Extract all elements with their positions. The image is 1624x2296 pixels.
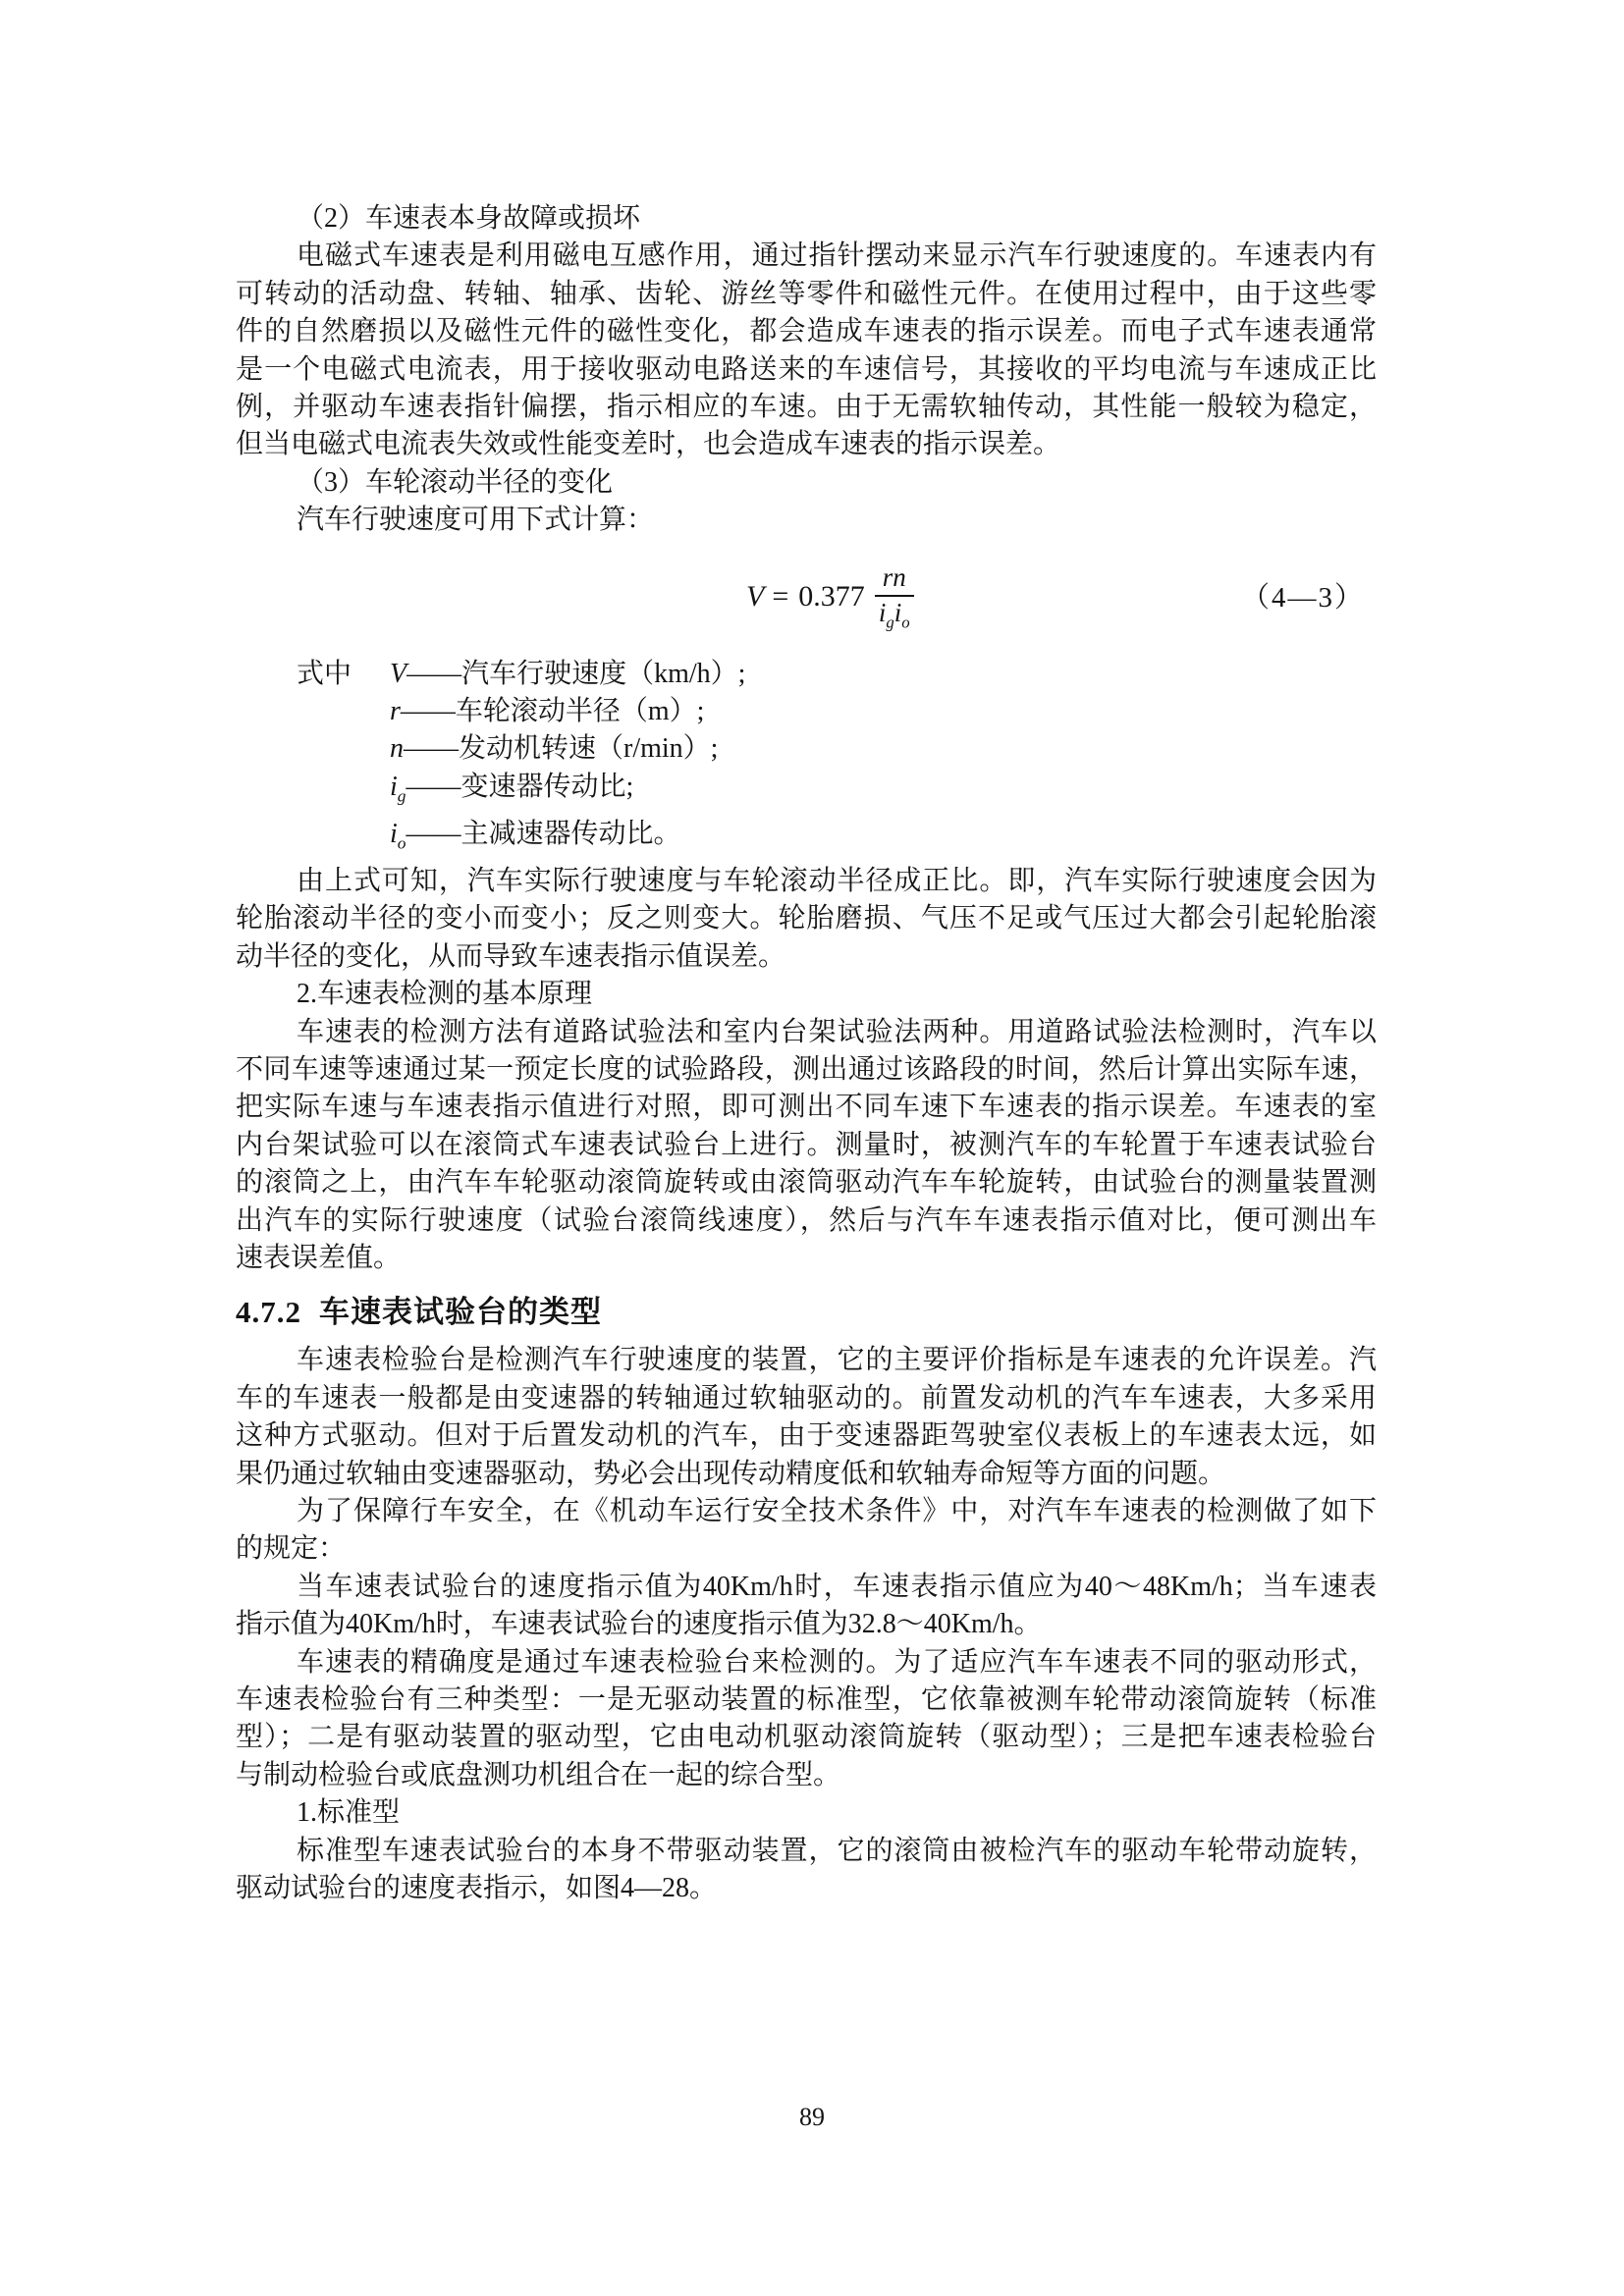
symbol-description: ——主减速器传动比。 bbox=[406, 819, 680, 849]
section-title: 车速表试验台的类型 bbox=[319, 1295, 602, 1329]
equation-coefficient: 0.377 bbox=[798, 578, 865, 615]
paragraph: 车速表的精确度是通过车速表检验台来检测的。为了适应汽车车速表不同的驱动形式， 车… bbox=[236, 1644, 1377, 1795]
document-page: （2）车速表本身故障或损坏 电磁式车速表是利用磁电互感作用，通过指针摆动来显示汽… bbox=[0, 0, 1624, 2296]
text-line: 出汽车的实际行驶速度（试验台滚筒线速度），然后与汽车车速表指示值对比，便可测出车 bbox=[236, 1202, 1377, 1240]
text-line: 车速表检验台有三种类型：一是无驱动装置的标准型，它依靠被测车轮带动滚筒旋转（标准 bbox=[236, 1682, 1377, 1719]
text-line: 但当电磁式电流表失效或性能变差时，也会造成车速表的指示误差。 bbox=[236, 426, 1377, 463]
text-line: 果仍通过软轴由变速器驱动，势必会出现传动精度低和软轴寿命短等方面的问题。 bbox=[236, 1456, 1377, 1493]
text-line: 当车速表试验台的速度指示值为40Km/h时，车速表指示值应为40～48Km/h；… bbox=[236, 1569, 1377, 1606]
text-line: 为了保障行车安全，在《机动车运行安全技术条件》中，对汽车车速表的检测做了如下 bbox=[236, 1493, 1377, 1530]
denominator-subscript: g bbox=[886, 613, 893, 631]
text-line: 这种方式驱动。但对于后置发动机的汽车，由于变速器距驾驶室仪表板上的车速表太远，如 bbox=[236, 1417, 1377, 1455]
paragraph: 标准型车速表试验台的本身不带驱动装置，它的滚筒由被检汽车的驱动车轮带动旋转， 驱… bbox=[236, 1833, 1377, 1908]
paragraph: 车速表检验台是检测汽车行驶速度的装置，它的主要评价指标是车速表的允许误差。汽 车… bbox=[236, 1342, 1377, 1493]
text-line: 标准型车速表试验台的本身不带驱动装置，它的滚筒由被检汽车的驱动车轮带动旋转， bbox=[236, 1833, 1377, 1870]
paragraph: 电磁式车速表是利用磁电互感作用，通过指针摆动来显示汽车行驶速度的。车速表内有 可… bbox=[236, 238, 1377, 463]
subheading-line: （3）车轮滚动半径的变化 bbox=[236, 464, 1377, 502]
paragraph: 当车速表试验台的速度指示值为40Km/h时，车速表指示值应为40～48Km/h；… bbox=[236, 1569, 1377, 1644]
symbol-definitions: 式中V——汽车行驶速度（km/h）; r——车轮滚动半径（m）; n——发动机转… bbox=[236, 656, 1377, 863]
text-line: 件的自然磨损以及磁性元件的磁性变化，都会造成车速表的指示误差。而电子式车速表通常 bbox=[236, 313, 1377, 350]
section-number: 4.7.2 bbox=[236, 1295, 301, 1329]
text-line: 车速表的检测方法有道路试验法和室内台架试验法两种。用道路试验法检测时，汽车以 bbox=[236, 1014, 1377, 1051]
text-line: 车速表的精确度是通过车速表检验台来检测的。为了适应汽车车速表不同的驱动形式， bbox=[236, 1644, 1377, 1682]
text-line: 动半径的变化，从而导致车速表指示值误差。 bbox=[236, 938, 1377, 976]
text-line: 电磁式车速表是利用磁电互感作用，通过指针摆动来显示汽车行驶速度的。车速表内有 bbox=[236, 238, 1377, 275]
equation-number: （4—3） bbox=[1241, 578, 1365, 615]
page-number: 89 bbox=[0, 2103, 1624, 2132]
definition-line: ig——变速器传动比; bbox=[236, 769, 1377, 816]
definitions-label: 式中 bbox=[297, 656, 390, 693]
document-body: （2）车速表本身故障或损坏 电磁式车速表是利用磁电互感作用，通过指针摆动来显示汽… bbox=[236, 200, 1377, 1907]
definition-line: io——主减速器传动比。 bbox=[236, 816, 1377, 863]
symbol-term: r bbox=[390, 696, 401, 726]
symbol-description: ——汽车行驶速度（km/h）; bbox=[406, 659, 745, 689]
equation: V = 0.377 rn igio bbox=[746, 563, 914, 631]
text-line: 的规定： bbox=[236, 1530, 1377, 1568]
text-line: 不同车速等速通过某一预定长度的试验路段，测出通过该路段的时间，然后计算出实际车速… bbox=[236, 1051, 1377, 1089]
paragraph: 车速表的检测方法有道路试验法和室内台架试验法两种。用道路试验法检测时，汽车以 不… bbox=[236, 1014, 1377, 1278]
subheading-line: 2.车速表检测的基本原理 bbox=[236, 976, 1377, 1013]
equation-lhs: V bbox=[746, 578, 764, 615]
text-line: 的滚筒之上，由汽车车轮驱动滚筒旋转或由滚筒驱动汽车车轮旋转，由试验台的测量装置测 bbox=[236, 1164, 1377, 1201]
definition-line: n——发动机转速（r/min）; bbox=[236, 730, 1377, 768]
subheading-line: 1.标准型 bbox=[236, 1794, 1377, 1832]
text-line: 汽车行驶速度可用下式计算： bbox=[236, 502, 1377, 539]
paragraph: 为了保障行车安全，在《机动车运行安全技术条件》中，对汽车车速表的检测做了如下 的… bbox=[236, 1493, 1377, 1569]
paragraph: 由上式可知，汽车实际行驶速度与车轮滚动半径成正比。即，汽车实际行驶速度会因为 轮… bbox=[236, 863, 1377, 976]
definition-line: 式中V——汽车行驶速度（km/h）; bbox=[236, 656, 1377, 693]
section-heading: 4.7.2车速表试验台的类型 bbox=[236, 1291, 1377, 1334]
symbol-term: V bbox=[390, 659, 406, 689]
text-line: 轮胎滚动半径的变小而变小；反之则变大。轮胎磨损、气压不足或气压过大都会引起轮胎滚 bbox=[236, 900, 1377, 937]
fraction-numerator: rn bbox=[875, 563, 914, 597]
symbol-description: ——发动机转速（r/min）; bbox=[404, 733, 718, 764]
text-line: 例，并驱动车速表指针偏摆，指示相应的车速。由于无需软轴传动，其性能一般较为稳定， bbox=[236, 389, 1377, 426]
text-line: 可转动的活动盘、转轴、轴承、齿轮、游丝等零件和磁性元件。在使用过程中，由于这些零 bbox=[236, 276, 1377, 313]
text-line: 速表误差值。 bbox=[236, 1240, 1377, 1277]
text-line: 车的车速表一般都是由变速器的转轴通过软轴驱动的。前置发动机的汽车车速表，大多采用 bbox=[236, 1380, 1377, 1417]
text-line: 驱动试验台的速度表指示，如图4—28。 bbox=[236, 1870, 1377, 1907]
symbol-description: ——车轮滚动半径（m）; bbox=[401, 696, 705, 726]
definition-line: r——车轮滚动半径（m）; bbox=[236, 693, 1377, 730]
text-line: 与制动检验台或底盘测功机组合在一起的综合型。 bbox=[236, 1757, 1377, 1794]
equation-row: V = 0.377 rn igio （4—3） bbox=[236, 540, 1377, 656]
text-line: 车速表检验台是检测汽车行驶速度的装置，它的主要评价指标是车速表的允许误差。汽 bbox=[236, 1342, 1377, 1379]
symbol-term: i bbox=[390, 819, 398, 849]
symbol-term: i bbox=[390, 772, 398, 802]
equation-fraction: rn igio bbox=[875, 563, 914, 631]
equation-relation: = bbox=[772, 578, 788, 615]
text-line: 内台架试验可以在滚筒式车速表试验台上进行。测量时，被测汽车的车轮置于车速表试验台 bbox=[236, 1127, 1377, 1164]
text-line: 由上式可知，汽车实际行驶速度与车轮滚动半径成正比。即，汽车实际行驶速度会因为 bbox=[236, 863, 1377, 900]
subheading-line: （2）车速表本身故障或损坏 bbox=[236, 200, 1377, 238]
symbol-description: ——变速器传动比; bbox=[406, 772, 633, 802]
text-line: 指示值为40Km/h时，车速表试验台的速度指示值为32.8～40Km/h。 bbox=[236, 1606, 1377, 1643]
fraction-denominator: igio bbox=[875, 597, 914, 632]
text-line: 把实际车速与车速表指示值进行对照，即可测出不同车速下车速表的指示误差。车速表的室 bbox=[236, 1089, 1377, 1126]
symbol-term: n bbox=[390, 733, 404, 764]
text-line: 是一个电磁式电流表，用于接收驱动电路送来的车速信号，其接收的平均电流与车速成正比 bbox=[236, 351, 1377, 389]
text-line: 型）；二是有驱动装置的驱动型，它由电动机驱动滚筒旋转（驱动型）；三是把车速表检验… bbox=[236, 1719, 1377, 1756]
denominator-subscript: o bbox=[901, 613, 909, 631]
